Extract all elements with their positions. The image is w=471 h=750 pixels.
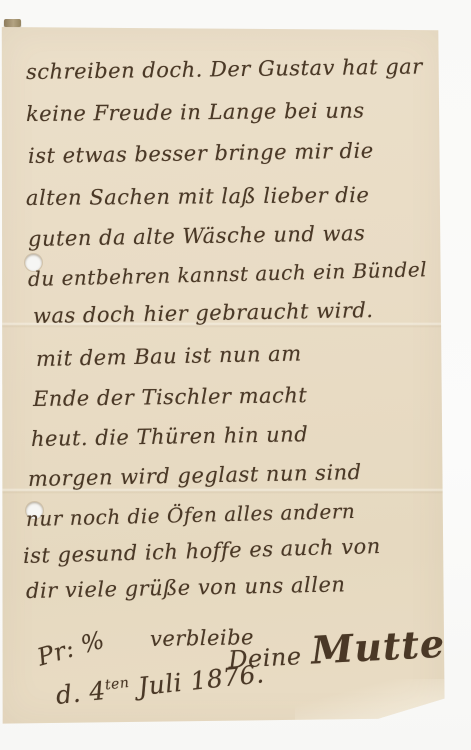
staple-fragment	[4, 19, 21, 27]
letter-line: guten da alte Wäsche und was	[28, 221, 366, 251]
dateline-day: d. 4	[54, 676, 107, 710]
letter-line: alten Sachen mit laß lieber die	[26, 183, 370, 210]
letter-line: du entbehren kannst auch ein Bündel	[28, 257, 428, 291]
letter-line: mit dem Bau ist nun am	[36, 341, 302, 371]
dateline-month-year: Juli 1876.	[128, 659, 265, 702]
corner-fold-highlight	[295, 679, 445, 725]
scanner-background: schreiben doch. Der Gustav hat gar keine…	[0, 0, 471, 750]
letter-line: was doch hier gebraucht wird.	[33, 298, 374, 328]
letter-line: keine Freude in Lange bei uns	[26, 98, 365, 126]
letter-line: Ende der Tischler macht	[33, 383, 308, 411]
letter-sheet: schreiben doch. Der Gustav hat gar keine…	[0, 26, 445, 725]
letter-line: ist etwas besser bringe mir die	[28, 139, 374, 168]
dateline: d. 4ten Juli 1876.	[54, 659, 265, 710]
letter-line: heut. die Thüren hin und	[31, 422, 309, 451]
dateline-ordinal: ten	[104, 675, 130, 693]
letter-line: ist gesund ich hoffe es auch von	[23, 534, 381, 568]
signature-name: Mutter	[310, 620, 467, 673]
letter-line: schreiben doch. Der Gustav hat gar	[26, 54, 423, 84]
letter-line: nur noch die Öfen alles andern	[26, 499, 356, 531]
letter-line: dir viele grüße von uns allen	[26, 572, 346, 603]
postscript-mark: Pr: %	[34, 626, 108, 672]
letter-line: morgen wird geglast nun sind	[28, 460, 362, 491]
